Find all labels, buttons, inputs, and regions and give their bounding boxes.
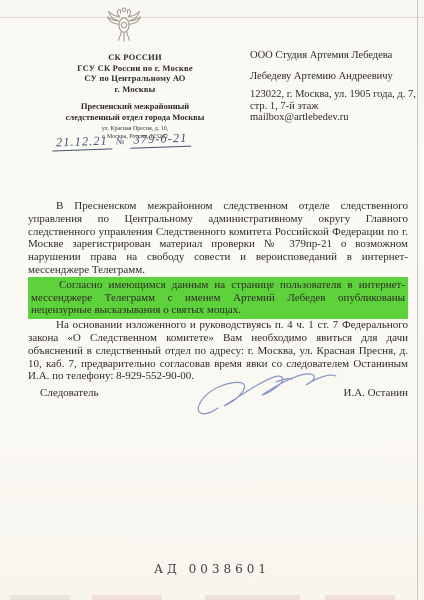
scan-edge-top	[0, 17, 424, 18]
handwritten-number: 379-б-21	[129, 131, 191, 149]
letterhead-division-lines: Пресненский межрайонный следственный отд…	[28, 101, 242, 122]
recipient-address-line: 123022, г. Москва, ул. 1905 года, д. 7,	[250, 89, 420, 101]
division-line: Пресненский межрайонный	[28, 101, 242, 112]
signatory-name: И.А. Останин	[344, 387, 408, 399]
recipient-address-line: стр. 1, 7-й этаж	[250, 101, 420, 113]
signatory-role: Следователь	[40, 387, 99, 399]
document-page: СК РОССИИ ГСУ СК России по г. Москве СУ …	[0, 0, 424, 600]
letterhead-block: СК РОССИИ ГСУ СК России по г. Москве СУ …	[28, 52, 242, 141]
coat-of-arms-eagle-icon	[106, 6, 142, 46]
letterhead-org-lines: СК РОССИИ ГСУ СК России по г. Москве СУ …	[28, 52, 242, 94]
scan-artifact	[205, 595, 300, 600]
org-line: ГСУ СК России по г. Москве	[28, 63, 242, 74]
scan-artifact	[325, 595, 395, 600]
recipient-person: Лебедеву Артемию Андреевичу	[250, 71, 420, 84]
recipient-email: mailbox@artlebedev.ru	[250, 112, 420, 125]
org-line: г. Москвы	[28, 84, 242, 95]
paragraph-intro: В Пресненском межрайонном следственном о…	[28, 200, 408, 277]
signature-icon	[180, 368, 340, 426]
letter-body: В Пресненском межрайонном следственном о…	[28, 200, 408, 383]
recipient-company: ООО Студия Артемия Лебедева	[250, 50, 420, 63]
scan-artifact	[92, 595, 162, 600]
division-line: следственный отдел города Москвы	[28, 112, 242, 123]
handwritten-date: 21.12.21	[52, 133, 112, 151]
serial-number: АД 0038601	[0, 562, 424, 576]
scan-artifact	[10, 595, 70, 600]
paragraph-highlighted: Согласно имеющимся данным на странице по…	[28, 277, 408, 319]
recipient-block: ООО Студия Артемия Лебедева Лебедеву Арт…	[250, 50, 420, 125]
number-sign: №	[116, 136, 126, 146]
scanned-letter: СК РОССИИ ГСУ СК России по г. Москве СУ …	[0, 0, 424, 600]
org-line: СУ по Центральному АО	[28, 73, 242, 84]
org-line: СК РОССИИ	[28, 52, 242, 63]
